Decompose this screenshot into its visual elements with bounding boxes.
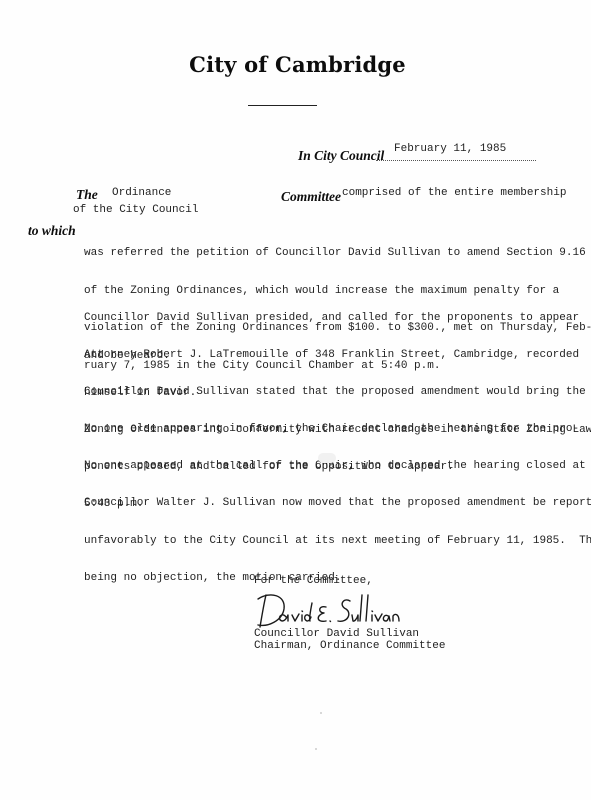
- committee-description: comprised of the entire membership: [342, 187, 566, 199]
- council-date: February 11, 1985: [394, 143, 506, 155]
- paragraph-line: No one else appearing in favor, the Chai…: [84, 423, 579, 436]
- paper-speck: [215, 538, 217, 540]
- document-page: City of Cambridge In City Council Februa…: [0, 0, 591, 800]
- paragraph-line: Councillor Walter J. Sullivan now moved …: [84, 497, 591, 510]
- committee-description-cont: of the City Council: [73, 204, 198, 216]
- council-date-line: In City Council February 11, 1985: [298, 146, 538, 166]
- to-which-label: to which: [28, 223, 76, 239]
- committee-label: Committee: [281, 189, 341, 205]
- paragraph-line: was referred the petition of Councillor …: [84, 247, 591, 260]
- paper-speck: [320, 712, 322, 714]
- paragraph-line: unfavorably to the City Council at its n…: [84, 535, 591, 548]
- paper-speck: [315, 748, 317, 750]
- paragraph-line: Councillor David Sullivan presided, and …: [84, 312, 579, 325]
- signer-block: Councillor David Sullivan Chairman, Ordi…: [254, 628, 445, 652]
- title-divider: [248, 105, 317, 106]
- page-title: City of Cambridge: [0, 52, 591, 77]
- committee-name: Ordinance: [112, 187, 171, 199]
- paper-smudge: [318, 453, 336, 463]
- handwritten-signature: David E. Sullivan: [254, 585, 404, 633]
- signer-title: Chairman, Ordinance Committee: [254, 640, 445, 652]
- paragraph-line: Councillor David Sullivan stated that th…: [84, 386, 591, 399]
- paragraph-line: Attorney Robert J. LaTremouille of 348 F…: [84, 349, 579, 362]
- dotted-rule: [376, 160, 536, 161]
- the-label: The: [76, 187, 98, 203]
- paragraph-line: No one appeared at the call of the Chair…: [84, 460, 586, 473]
- council-label: In City Council: [298, 148, 384, 164]
- signer-name: Councillor David Sullivan: [254, 628, 445, 640]
